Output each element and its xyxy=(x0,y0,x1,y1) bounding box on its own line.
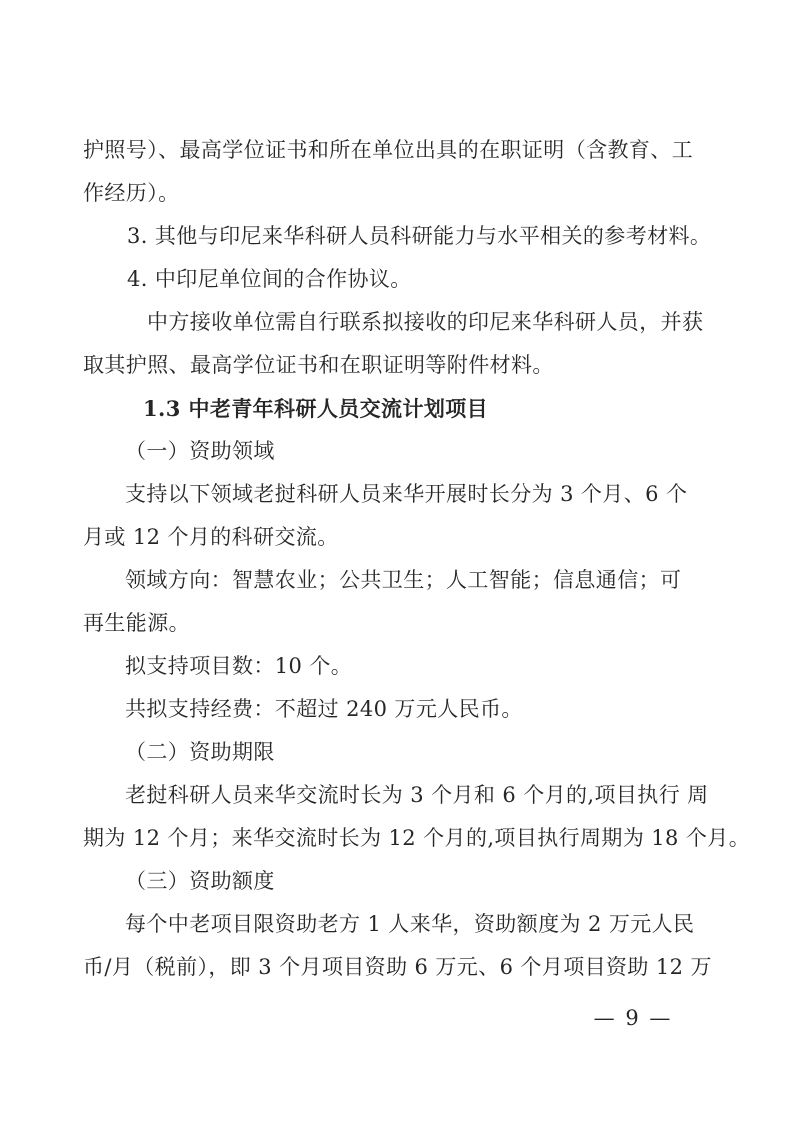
text-line: 月或 12 个月的科研交流。 xyxy=(83,516,743,559)
text-line: 取其护照、最高学位证书和在职证明等附件材料。 xyxy=(83,344,743,387)
document-page: 护照号）、最高学位证书和所在单位出具的在职证明（含教育、工作经历）。3. 其他与… xyxy=(0,0,794,1123)
text-line: 作经历）。 xyxy=(83,172,743,215)
page-number: — 9 — xyxy=(563,997,703,1040)
text-line: （三）资助额度 xyxy=(83,860,743,903)
text-line: 再生能源。 xyxy=(83,602,743,645)
text-line: 护照号）、最高学位证书和所在单位出具的在职证明（含教育、工 xyxy=(83,129,743,172)
text-line: 3. 其他与印尼来华科研人员科研能力与水平相关的参考材料。 xyxy=(83,215,743,258)
text-line: 币/月（税前），即 3 个月项目资助 6 万元、6 个月项目资助 12 万 xyxy=(83,946,743,989)
text-line: 老挝科研人员来华交流时长为 3 个月和 6 个月的,项目执行 周 xyxy=(83,774,743,817)
text-line: 4. 中印尼单位间的合作协议。 xyxy=(83,258,743,301)
text-line: 领域方向：智慧农业；公共卫生；人工智能；信息通信；可 xyxy=(83,559,743,602)
text-line: （一）资助领域 xyxy=(83,430,743,473)
text-line: 支持以下领域老挝科研人员来华开展时长分为 3 个月、6 个 xyxy=(83,473,743,516)
text-line: 拟支持项目数：10 个。 xyxy=(83,645,743,688)
section-heading: 1.3 中老青年科研人员交流计划项目 xyxy=(83,387,743,430)
text-line: （二）资助期限 xyxy=(83,731,743,774)
text-line: 共拟支持经费：不超过 240 万元人民币。 xyxy=(83,688,743,731)
text-line: 每个中老项目限资助老方 1 人来华，资助额度为 2 万元人民 xyxy=(83,903,743,946)
document-body: 护照号）、最高学位证书和所在单位出具的在职证明（含教育、工作经历）。3. 其他与… xyxy=(83,129,743,989)
text-line: 中方接收单位需自行联系拟接收的印尼来华科研人员，并获 xyxy=(83,301,743,344)
text-line: 期为 12 个月；来华交流时长为 12 个月的,项目执行周期为 18 个月。 xyxy=(83,817,743,860)
